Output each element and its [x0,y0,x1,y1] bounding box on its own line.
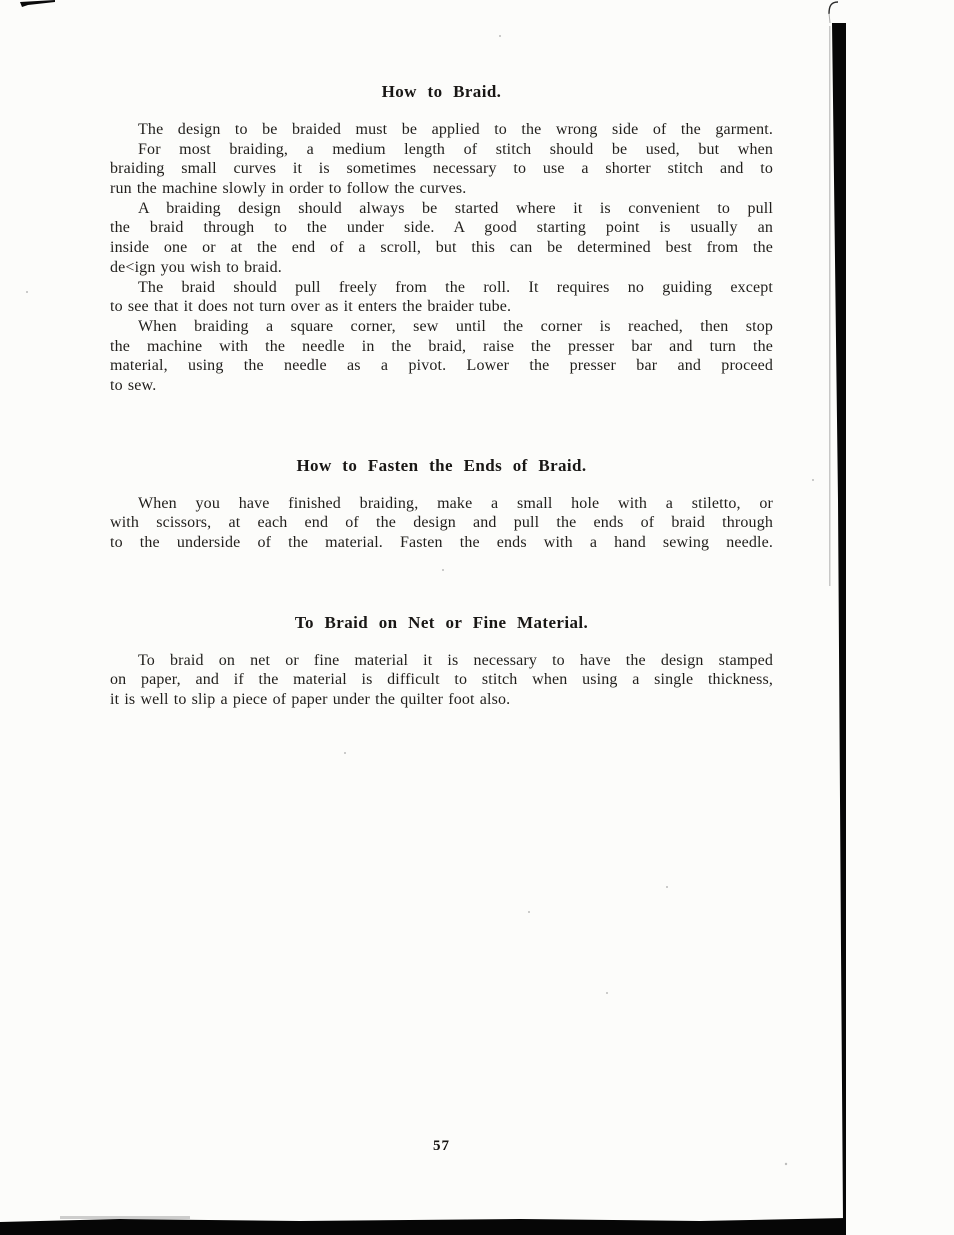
paragraph: When braiding a square corner, sew until… [110,317,773,396]
scanned-page: How to Braid. The design to be braided m… [0,0,954,1235]
text-line: to the underside of the material. Fasten… [110,533,773,553]
text-line: de<ign you wish to braid. [110,258,773,278]
section-heading: To Braid on Net or Fine Material. [110,613,773,633]
text-line: material, using the needle as a pivot. L… [110,356,773,376]
document-section: How to Braid. The design to be braided m… [110,82,773,396]
text-line: it is well to slip a piece of paper unde… [110,690,773,710]
text-line: For most braiding, a medium length of st… [110,140,773,160]
page-edge-fringe [829,26,831,586]
paragraph: The braid should pull freely from the ro… [110,278,773,317]
text-line: with scissors, at each end of the design… [110,513,773,533]
text-line: braiding small curves it is sometimes ne… [110,159,773,179]
text-line: run the machine slowly in order to follo… [110,179,773,199]
section-paragraphs: The design to be braided must be applied… [110,120,773,396]
scan-smudge-top-left [20,0,55,7]
paragraph: A braiding design should always be start… [110,199,773,278]
text-line: to sew. [110,376,773,396]
page-edge-bar [832,23,846,1221]
paragraph: To braid on net or fine material it is n… [110,651,773,710]
text-line: To braid on net or fine material it is n… [110,651,773,671]
section-heading: How to Braid. [110,82,773,102]
paragraph: When you have finished braiding, make a … [110,494,773,553]
section-paragraphs: To braid on net or fine material it is n… [110,651,773,710]
text-line: the braid through to the under side. A g… [110,218,773,238]
text-line: The design to be braided must be applied… [110,120,773,140]
document-section: How to Fasten the Ends of Braid. When yo… [110,456,773,553]
scan-hook-tail [829,13,830,23]
text-line: The braid should pull freely from the ro… [110,278,773,298]
text-line: When braiding a square corner, sew until… [110,317,773,337]
bottom-scan-band [0,1218,846,1235]
document-section: To Braid on Net or Fine Material. To bra… [110,613,773,710]
bottom-band-smear [60,1216,190,1219]
section-heading: How to Fasten the Ends of Braid. [110,456,773,476]
text-line: to see that it does not turn over as it … [110,297,773,317]
paragraph: For most braiding, a medium length of st… [110,140,773,199]
text-line: When you have finished braiding, make a … [110,494,773,514]
page-number: 57 [110,1138,773,1155]
section-paragraphs: When you have finished braiding, make a … [110,494,773,553]
text-line: the machine with the needle in the braid… [110,337,773,357]
scan-hook-mark [829,2,838,14]
paragraph: The design to be braided must be applied… [110,120,773,140]
text-line: A braiding design should always be start… [110,199,773,219]
text-line: on paper, and if the material is difficu… [110,670,773,690]
text-column: How to Braid. The design to be braided m… [110,0,773,710]
text-line: inside one or at the end of a scroll, bu… [110,238,773,258]
